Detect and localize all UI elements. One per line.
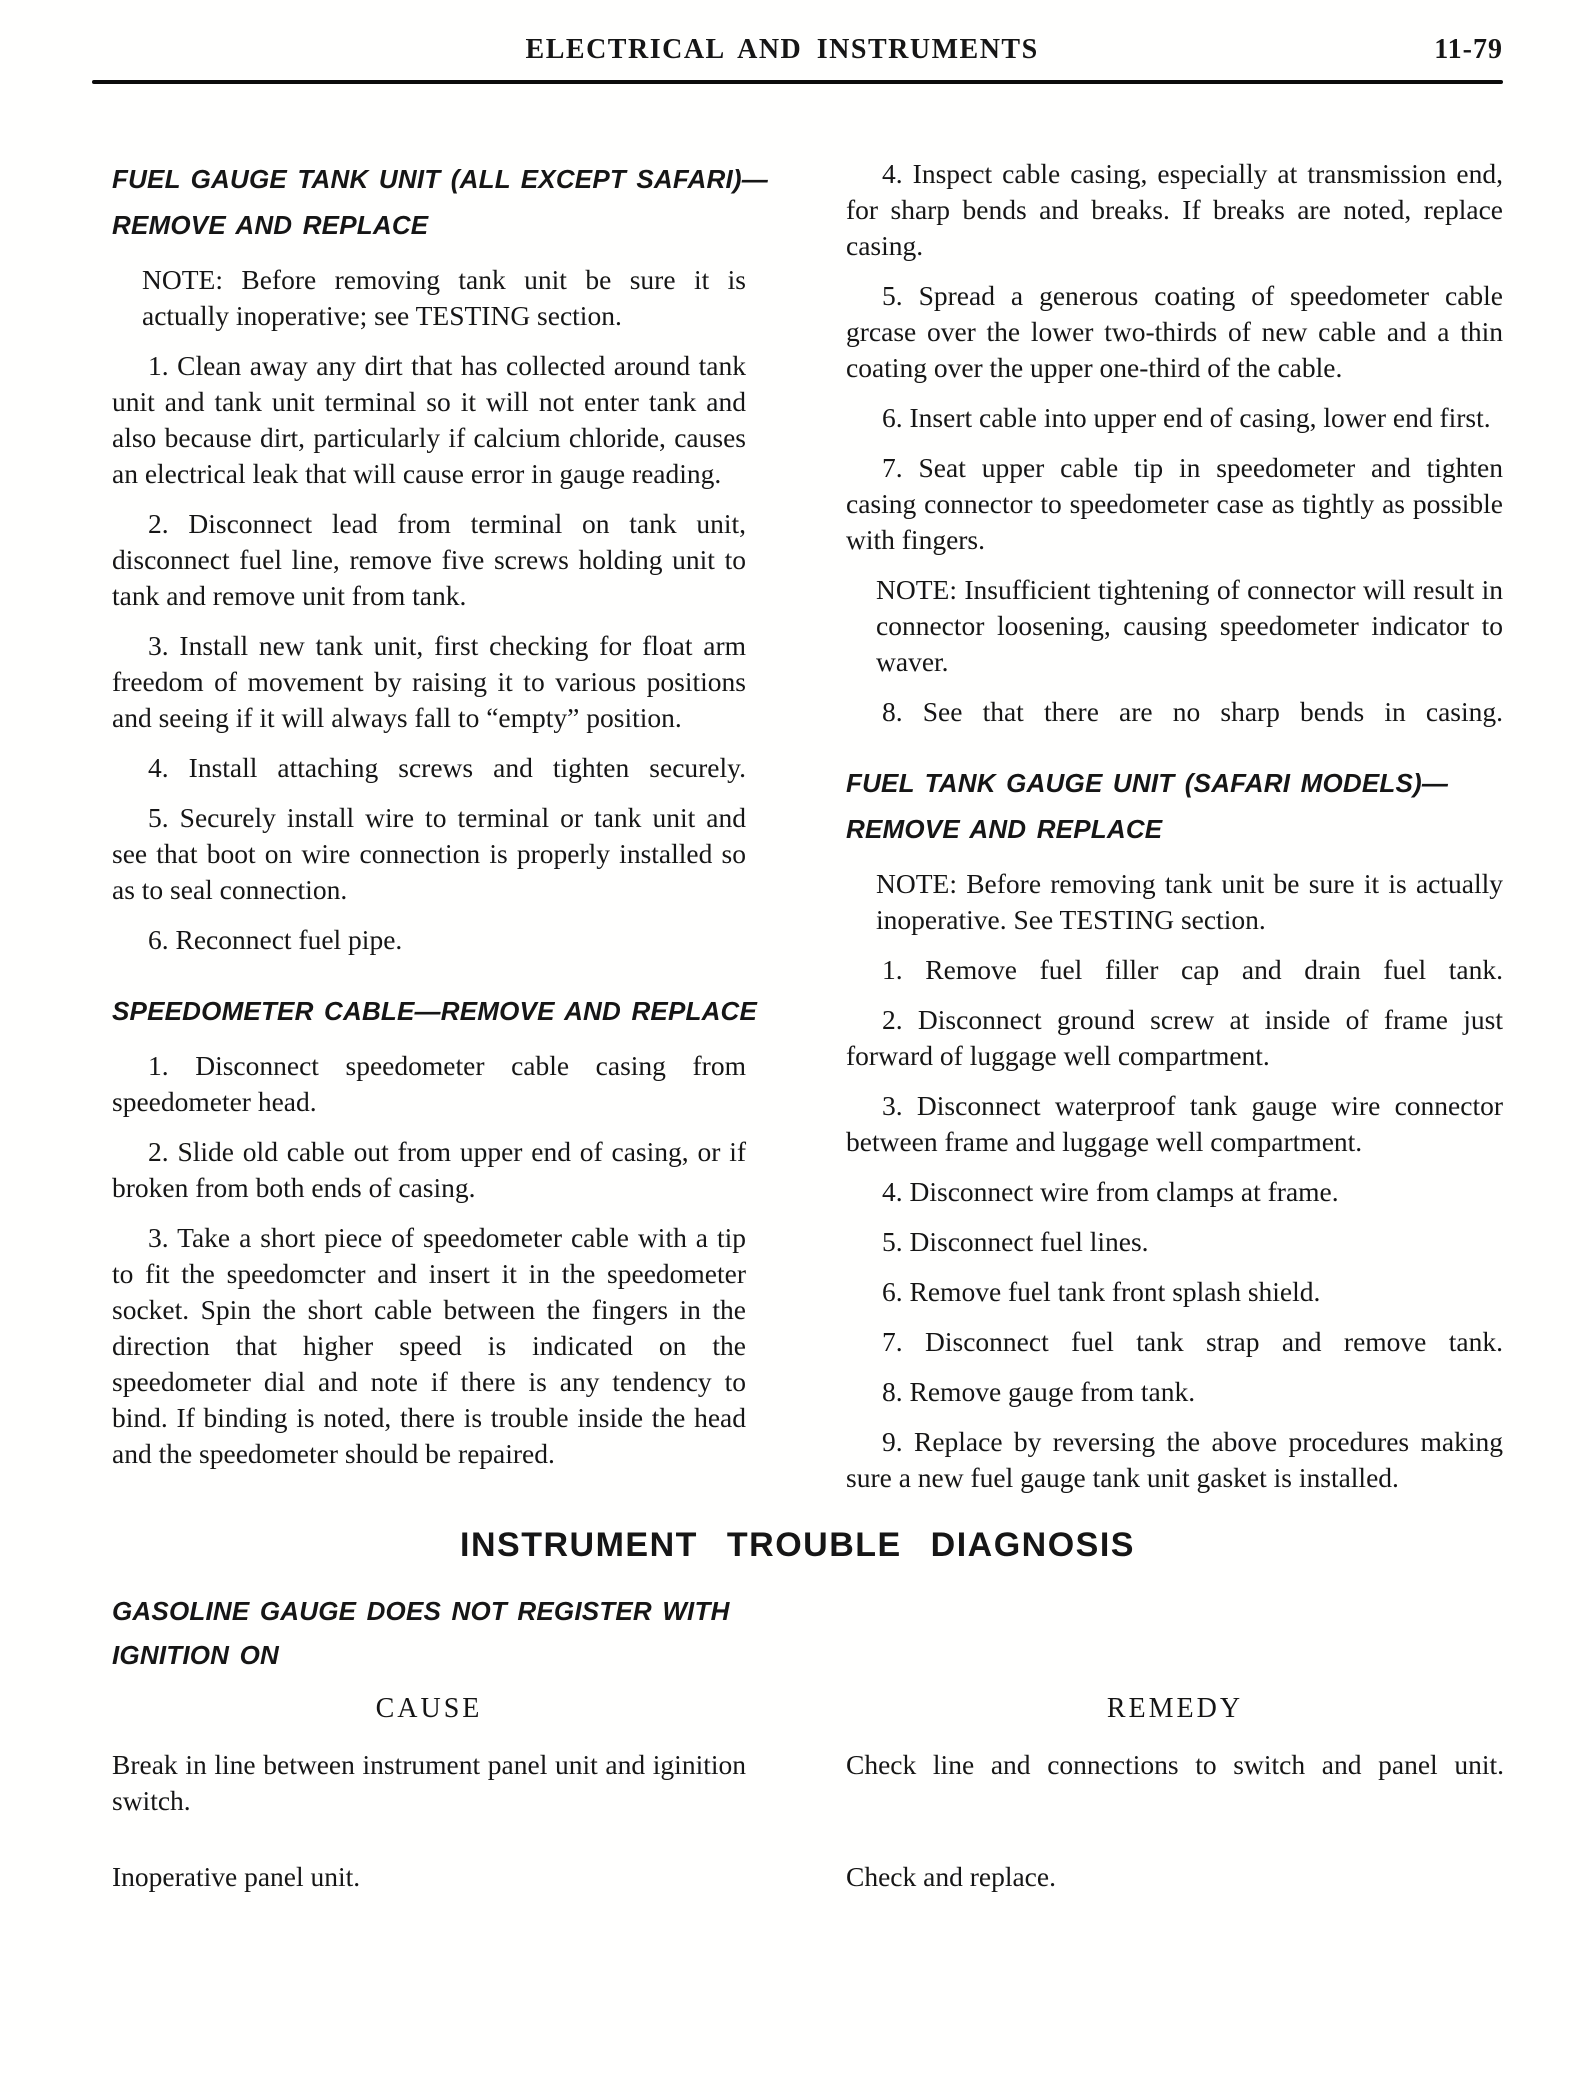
remedy-cell: Check and replace.: [846, 1859, 1504, 1895]
step-paragraph: 8. Remove gauge from tank.: [846, 1374, 1503, 1410]
note-paragraph: NOTE: Before removing tank unit be sure …: [876, 866, 1503, 938]
cause-remedy-table: CAUSE REMEDY Break in line between instr…: [112, 1677, 1503, 1895]
step-paragraph: 6. Remove fuel tank front splash shield.: [846, 1274, 1503, 1310]
step-paragraph: 2. Disconnect ground screw at inside of …: [846, 1002, 1503, 1074]
note-paragraph: NOTE: Before removing tank unit be sure …: [142, 262, 746, 334]
step-paragraph: 3. Disconnect waterproof tank gauge wire…: [846, 1088, 1503, 1160]
step-paragraph: 3. Take a short piece of speedometer cab…: [112, 1220, 746, 1472]
header-rule: [92, 80, 1503, 84]
step-paragraph: 9. Replace by reversing the above proced…: [846, 1424, 1503, 1496]
diagnosis-subheading-line: IGNITION ON: [112, 1633, 746, 1677]
section-heading-line: REMOVE AND REPLACE: [846, 806, 1503, 852]
note-paragraph: NOTE: Insufficient tightening of connect…: [876, 572, 1503, 680]
remedy-cell: Check line and connections to switch and…: [846, 1747, 1504, 1819]
manual-page: ELECTRICAL AND INSTRUMENTS 11-79 FUEL GA…: [0, 0, 1589, 2092]
step-paragraph: 6. Insert cable into upper end of casing…: [846, 400, 1503, 436]
cause-cell: Break in line between instrument panel u…: [112, 1747, 746, 1819]
step-paragraph: 6. Reconnect fuel pipe.: [112, 922, 746, 958]
step-paragraph: 7. Disconnect fuel tank strap and remove…: [846, 1324, 1503, 1360]
section-heading-line: FUEL GAUGE TANK UNIT (ALL EXCEPT SAFARI)…: [112, 156, 746, 202]
step-paragraph: 5. Securely install wire to terminal or …: [112, 800, 746, 908]
step-paragraph: 7. Seat upper cable tip in speedometer a…: [846, 450, 1503, 558]
right-column: 4. Inspect cable casing, especially at t…: [846, 156, 1503, 1496]
step-paragraph: 4. Inspect cable casing, especially at t…: [846, 156, 1503, 264]
step-paragraph: 1. Clean away any dirt that has collecte…: [112, 348, 746, 492]
page-header: ELECTRICAL AND INSTRUMENTS 11-79: [92, 34, 1503, 72]
instrument-trouble-diagnosis-section: INSTRUMENT TROUBLE DIAGNOSIS GASOLINE GA…: [92, 1526, 1503, 1895]
step-paragraph: 5. Spread a generous coating of speedome…: [846, 278, 1503, 386]
section-heading-fuel-gauge-tank-unit: FUEL GAUGE TANK UNIT (ALL EXCEPT SAFARI)…: [112, 156, 746, 248]
step-paragraph: 1. Disconnect speedometer cable casing f…: [112, 1048, 746, 1120]
diagnosis-subheading-line: GASOLINE GAUGE DOES NOT REGISTER WITH: [112, 1589, 746, 1633]
step-paragraph: 2. Disconnect lead from terminal on tank…: [112, 506, 746, 614]
section-heading-line: SPEEDOMETER CABLE—REMOVE AND REPLACE: [112, 988, 746, 1034]
page-header-title: ELECTRICAL AND INSTRUMENTS: [526, 34, 1039, 66]
step-paragraph: 4. Disconnect wire from clamps at frame.: [846, 1174, 1503, 1210]
cause-column-header: CAUSE: [112, 1693, 746, 1725]
step-paragraph: 1. Remove fuel filler cap and drain fuel…: [846, 952, 1503, 988]
step-paragraph: 5. Disconnect fuel lines.: [846, 1224, 1503, 1260]
step-paragraph: 2. Slide old cable out from upper end of…: [112, 1134, 746, 1206]
remedy-column-header: REMEDY: [846, 1693, 1504, 1725]
step-paragraph: 4. Install attaching screws and tighten …: [112, 750, 746, 786]
section-heading-line: REMOVE AND REPLACE: [112, 202, 746, 248]
diagnosis-title: INSTRUMENT TROUBLE DIAGNOSIS: [92, 1526, 1503, 1565]
section-heading-speedometer-cable: SPEEDOMETER CABLE—REMOVE AND REPLACE: [112, 988, 746, 1034]
two-column-body: FUEL GAUGE TANK UNIT (ALL EXCEPT SAFARI)…: [112, 156, 1503, 1496]
left-column: FUEL GAUGE TANK UNIT (ALL EXCEPT SAFARI)…: [112, 156, 746, 1496]
step-paragraph: 8. See that there are no sharp bends in …: [846, 694, 1503, 730]
cause-cell: Inoperative panel unit.: [112, 1859, 746, 1895]
section-heading-line: FUEL TANK GAUGE UNIT (SAFARI MODELS)—: [846, 760, 1503, 806]
section-heading-fuel-tank-gauge-unit-safari: FUEL TANK GAUGE UNIT (SAFARI MODELS)— RE…: [846, 760, 1503, 852]
step-paragraph: 3. Install new tank unit, first checking…: [112, 628, 746, 736]
page-number: 11-79: [1434, 34, 1503, 66]
diagnosis-subheading-gasoline-gauge: GASOLINE GAUGE DOES NOT REGISTER WITH IG…: [112, 1589, 746, 1677]
